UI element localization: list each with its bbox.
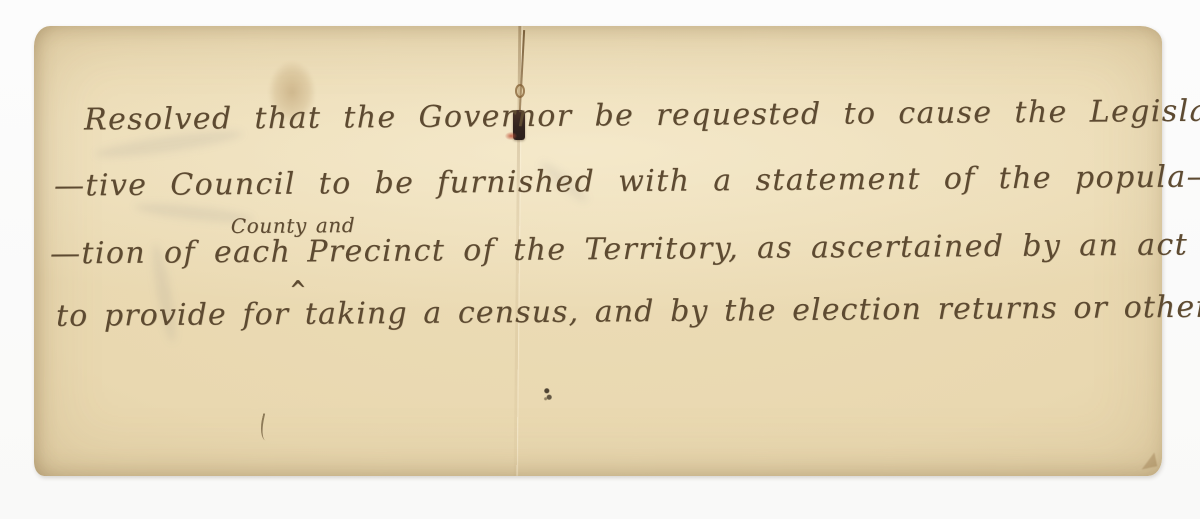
manuscript-line-4: to provide for taking a census, and by t… <box>56 289 1200 334</box>
manuscript-line-2: —tive Council to be furnished with a sta… <box>54 159 1200 203</box>
insertion-text: County and <box>173 213 413 239</box>
line-3-text-before-insertion: —tion of each <box>50 235 292 272</box>
manuscript-line-3: —tion of eachCounty and^Precinct of the … <box>50 228 1188 272</box>
handwriting-layer: Resolved that the Governor be requested … <box>34 26 1162 476</box>
interlinear-insertion: County and^ <box>291 251 307 261</box>
photo-background: Resolved that the Governor be requested … <box>0 0 1200 519</box>
manuscript-line-1: Resolved that the Governor be requested … <box>84 93 1200 137</box>
manuscript-paper: Resolved that the Governor be requested … <box>34 26 1162 476</box>
line-3-text-after-insertion: Precinct of the Territory, as ascertaine… <box>307 228 1188 270</box>
